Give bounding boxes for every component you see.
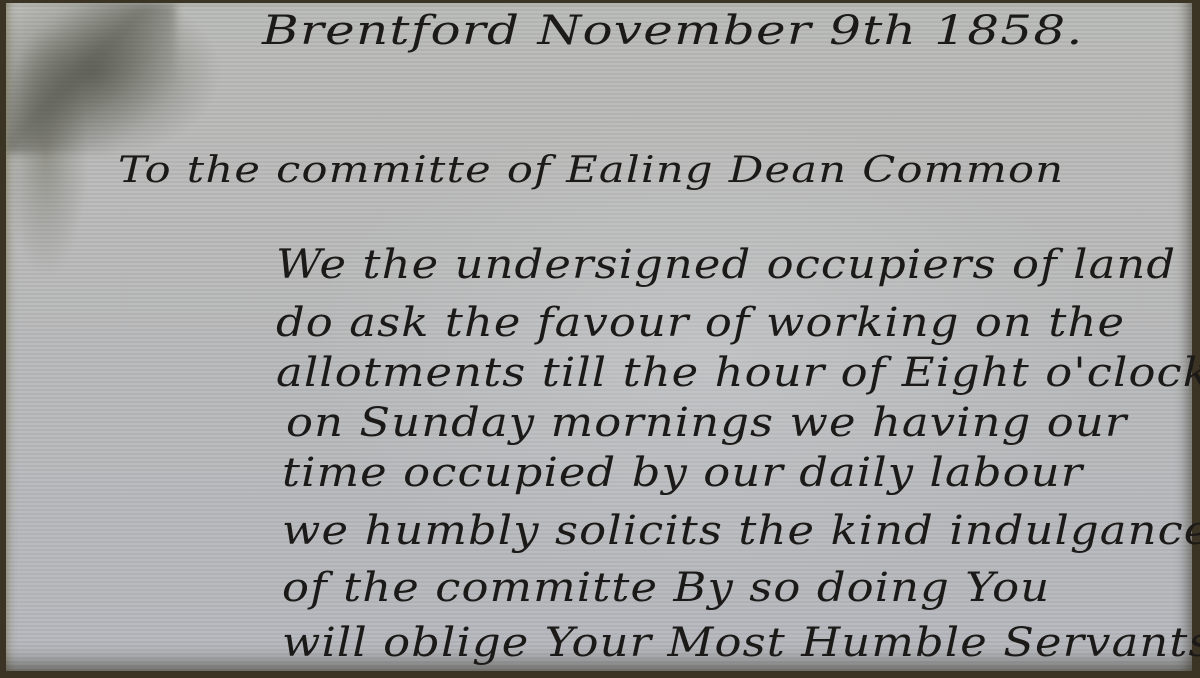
body-line: allotments till the hour of Eight o'cloc… [276, 350, 1200, 396]
dateline: Brentford November 9th 1858. [262, 8, 1084, 54]
salutation: To the committe of Ealing Dean Common [118, 150, 1064, 191]
frame-border: Brentford November 9th 1858. To the comm… [0, 0, 1200, 678]
body-line: do ask the favour of working on the [276, 300, 1125, 346]
body-line: on Sunday mornings we having our [286, 400, 1127, 446]
body-line: We the undersigned occupiers of land [276, 242, 1176, 288]
body-line: time occupied by our daily labour [282, 450, 1083, 496]
body-line: of the committe By so doing You [282, 565, 1050, 611]
stain-mark [6, 3, 176, 153]
body-line: we humbly solicits the kind indulgance [282, 508, 1200, 554]
body-line: will oblige Your Most Humble Servants [282, 620, 1200, 666]
